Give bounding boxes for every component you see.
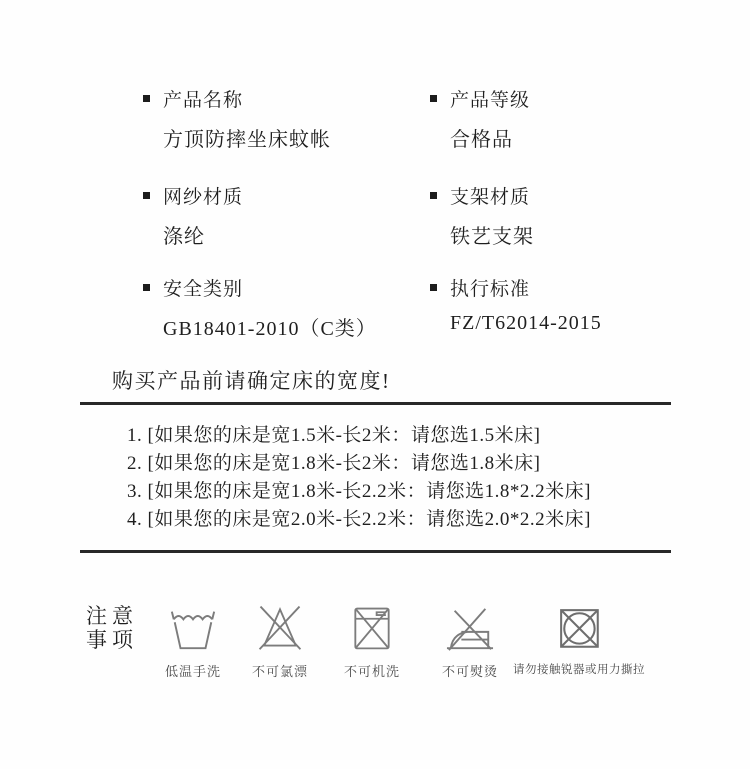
no-iron-icon — [443, 605, 497, 653]
spec-label: 产品名称 — [163, 85, 243, 112]
no-sharp-pull-icon — [554, 603, 604, 653]
size-guide-item: 3. [如果您的床是宽1.8米-长2.2米：请您选1.8*2.2米床] — [127, 478, 591, 506]
spec-label: 安全类别 — [163, 274, 243, 301]
size-guide-item: 4. [如果您的床是宽2.0米-长2.2米：请您选2.0*2.2米床] — [127, 506, 591, 534]
spec-value: FZ/T62014-2015 — [450, 312, 602, 335]
size-guide-item: 1. [如果您的床是宽1.5米-长2米：请您选1.5米床] — [127, 422, 591, 450]
square-bullet-icon — [143, 95, 150, 102]
hand-wash-icon — [166, 603, 220, 653]
size-guide-list: 1. [如果您的床是宽1.5米-长2米：请您选1.5米床] 2. [如果您的床是… — [127, 422, 591, 534]
care-label: 低温手洗 — [165, 661, 221, 680]
spec-item-product-grade: 产品等级 合格品 — [430, 85, 530, 152]
square-bullet-icon — [430, 192, 437, 199]
spec-value: GB18401-2010（C类） — [163, 312, 377, 341]
spec-value: 铁艺支架 — [450, 220, 534, 249]
care-label: 不可氯漂 — [252, 661, 308, 680]
no-machine-wash-icon — [346, 603, 398, 653]
spec-item-mesh-material: 网纱材质 涤纶 — [143, 182, 243, 249]
care-label: 不可熨烫 — [442, 661, 498, 680]
square-bullet-icon — [143, 284, 150, 291]
spec-item-standard: 执行标准 FZ/T62014-2015 — [430, 274, 602, 335]
spec-item-safety-class: 安全类别 GB18401-2010（C类） — [143, 274, 377, 341]
care-label: 请勿接触锐器或用力撕拉 — [513, 661, 645, 677]
divider-line — [80, 402, 671, 405]
spec-label: 产品等级 — [450, 85, 530, 112]
spec-value: 涤纶 — [163, 220, 243, 249]
square-bullet-icon — [430, 95, 437, 102]
care-section-title: 注意 事项 — [86, 604, 138, 652]
spec-label: 网纱材质 — [163, 182, 243, 209]
care-label: 不可机洗 — [344, 661, 400, 680]
purchase-notice-heading: 购买产品前请确定床的宽度! — [112, 365, 391, 395]
spec-label: 执行标准 — [450, 274, 530, 301]
product-description-page: 产品名称 方顶防摔坐床蚊帐 网纱材质 涤纶 安全类别 GB18401-2010（… — [0, 0, 750, 769]
divider-line — [80, 550, 671, 553]
square-bullet-icon — [143, 192, 150, 199]
care-item-no-sharp-pull: 请勿接触锐器或用力撕拉 — [494, 601, 664, 677]
no-bleach-icon — [254, 601, 306, 653]
spec-label: 支架材质 — [450, 182, 530, 209]
size-guide-item: 2. [如果您的床是宽1.8米-长2米：请您选1.8米床] — [127, 450, 591, 478]
spec-item-product-name: 产品名称 方顶防摔坐床蚊帐 — [143, 85, 331, 152]
spec-value: 方顶防摔坐床蚊帐 — [163, 123, 331, 152]
spec-item-frame-material: 支架材质 铁艺支架 — [430, 182, 534, 249]
square-bullet-icon — [430, 284, 437, 291]
spec-value: 合格品 — [450, 123, 530, 152]
